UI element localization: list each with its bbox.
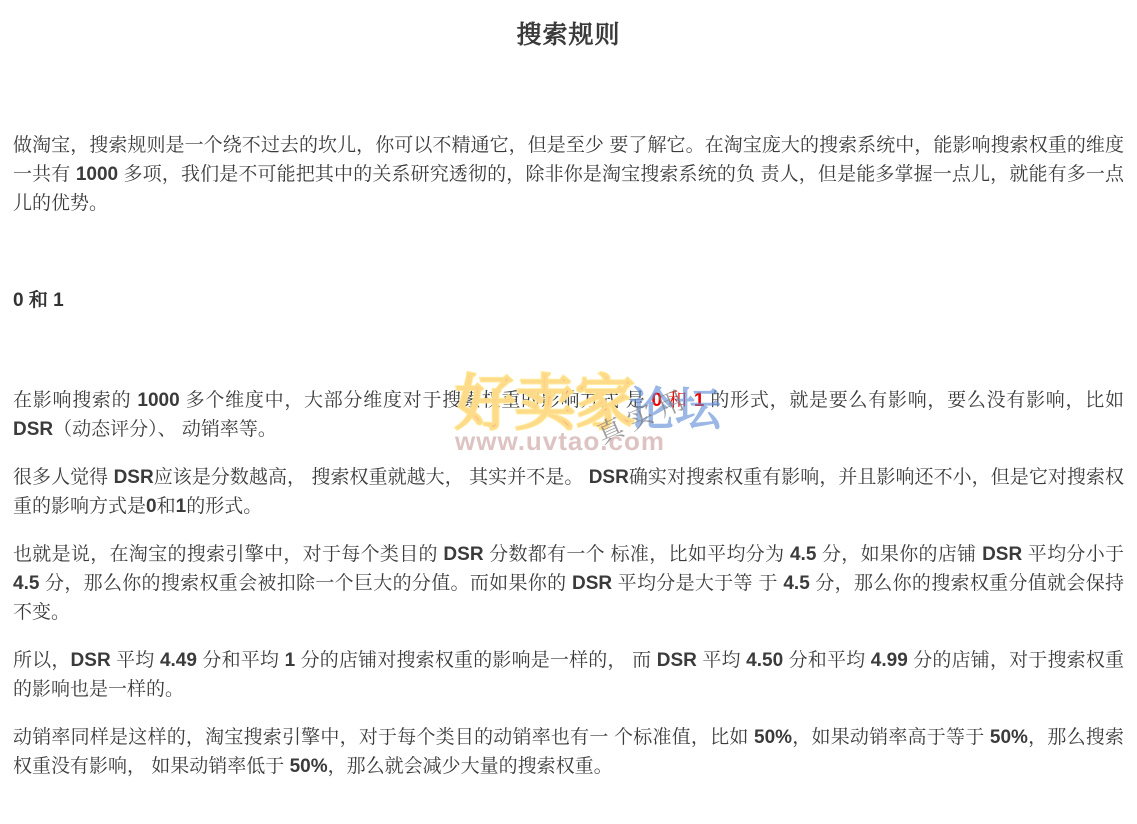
highlight-0-and-1: 0 和 1 bbox=[651, 390, 704, 411]
dsr-misconception-paragraph: 很多人觉得 DSR应该是分数越高， 搜索权重就越大， 其实并不是。 DSR确实对… bbox=[13, 463, 1124, 521]
section-heading-0-and-1: 0 和 1 bbox=[13, 285, 1124, 312]
document-page: 搜索规则 做淘宝，搜索规则是一个绕不过去的坎儿，你可以不精通它，但是至少 要了解… bbox=[0, 0, 1137, 781]
influence-paragraph: 在影响搜索的 1000 多个维度中，大部分维度对于搜索权重的影响方式 是 0 和… bbox=[13, 386, 1124, 444]
dsr-standard-paragraph: 也就是说，在淘宝的搜索引擎中，对于每个类目的 DSR 分数都有一个 标准，比如平… bbox=[13, 540, 1124, 627]
page-title: 搜索规则 bbox=[13, 18, 1124, 52]
sell-through-paragraph: 动销率同样是这样的，淘宝搜索引擎中，对于每个类目的动销率也有一 个标准值，比如 … bbox=[13, 723, 1124, 781]
influence-text-before: 在影响搜索的 1000 多个维度中，大部分维度对于搜索权重的影响方式 是 bbox=[13, 390, 651, 411]
intro-paragraph: 做淘宝，搜索规则是一个绕不过去的坎儿，你可以不精通它，但是至少 要了解它。在淘宝… bbox=[13, 131, 1124, 218]
dsr-example-paragraph: 所以，DSR 平均 4.49 分和平均 1 分的店铺对搜索权重的影响是一样的， … bbox=[13, 646, 1124, 704]
